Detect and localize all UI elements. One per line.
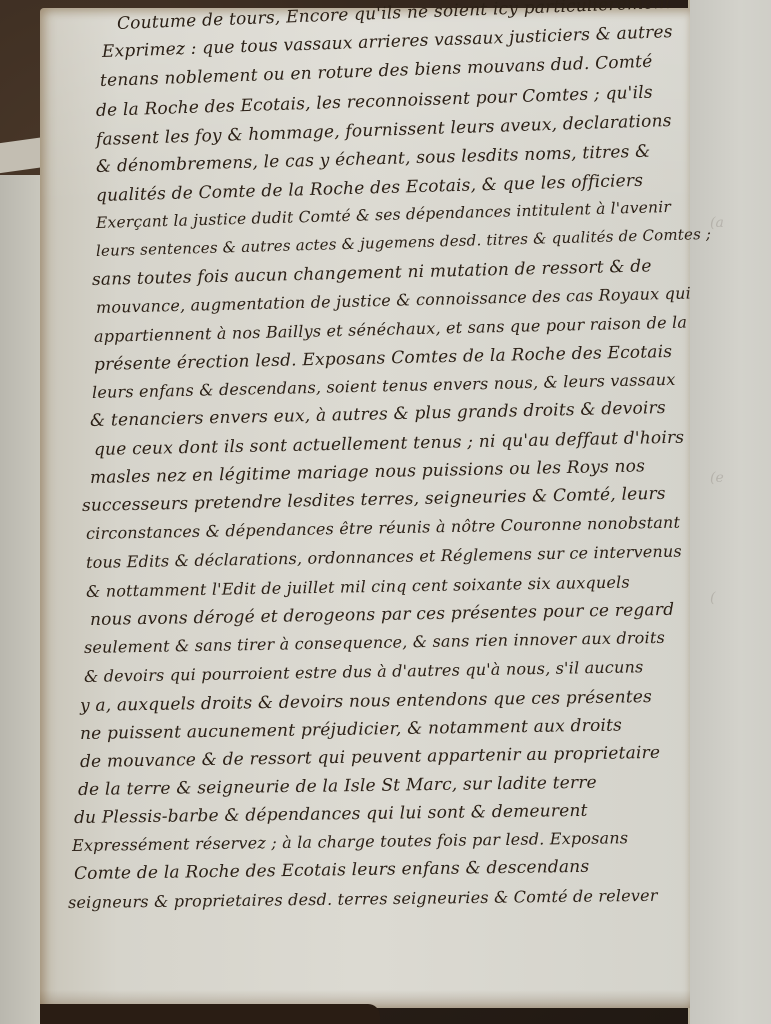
table-shadow bbox=[40, 1004, 380, 1024]
facing-page: (a (e ( bbox=[688, 0, 771, 1024]
under-sheet-left bbox=[0, 175, 40, 1024]
text-line: de mouvance & de ressort qui peuvent app… bbox=[80, 743, 660, 772]
text-line: de la terre & seigneurie de la Isle St M… bbox=[78, 773, 597, 800]
under-sheet-tab bbox=[0, 137, 45, 173]
text-line: successeurs pretendre lesdites terres, s… bbox=[82, 484, 666, 516]
text-line: & devoirs qui pourroient estre dus à d'a… bbox=[84, 657, 644, 686]
text-line: leurs enfans & descendans, soient tenus … bbox=[92, 370, 676, 402]
text-line: du Plessis-barbe & dépendances qui lui s… bbox=[74, 801, 588, 828]
manuscript-text: Coutume de tours, Encore qu'ils ne soien… bbox=[40, 0, 690, 1000]
text-line: seigneurs & proprietaires desd. terres s… bbox=[68, 886, 658, 912]
facing-page-ghost-mark: (e bbox=[710, 470, 724, 486]
facing-page-ghost-mark: (a bbox=[710, 215, 724, 231]
text-line: masles nez en légitime mariage nous puis… bbox=[90, 456, 645, 488]
facing-page-ghost-mark: ( bbox=[710, 590, 715, 606]
text-line: & nottamment l'Edit de juillet mil cinq … bbox=[86, 573, 630, 601]
text-line: & tenanciers envers eux, à autres & plus… bbox=[90, 398, 666, 431]
text-line: appartiennent à nos Baillys et sénéchaux… bbox=[94, 313, 688, 346]
text-line: Expressément réservez ; à la charge tout… bbox=[72, 828, 628, 855]
text-line: nous avons dérogé et derogeons par ces p… bbox=[90, 600, 675, 630]
text-line: Comte de la Roche des Ecotais leurs enfa… bbox=[74, 857, 590, 884]
manuscript-photo: (a (e ( Coutume de tours, Encore qu'ils … bbox=[0, 0, 771, 1024]
text-line: leurs sentences & autres actes & jugemen… bbox=[96, 225, 712, 260]
text-line: ne puissent aucunement préjudicier, & no… bbox=[80, 715, 622, 744]
text-line: y a, auxquels droits & devoirs nous ente… bbox=[80, 687, 652, 716]
text-line: mouvance, augmentation de justice & conn… bbox=[96, 283, 691, 317]
text-line: tous Edits & déclarations, ordonnances e… bbox=[86, 542, 682, 572]
text-line: présente érection lesd. Exposans Comtes … bbox=[94, 342, 673, 375]
text-line: seulement & sans tirer à consequence, & … bbox=[84, 628, 665, 657]
text-line: que ceux dont ils sont actuellement tenu… bbox=[94, 428, 685, 460]
text-line: circonstances & dépendances être réunis … bbox=[86, 513, 680, 543]
text-line: sans toutes fois aucun changement ni mut… bbox=[92, 256, 652, 290]
